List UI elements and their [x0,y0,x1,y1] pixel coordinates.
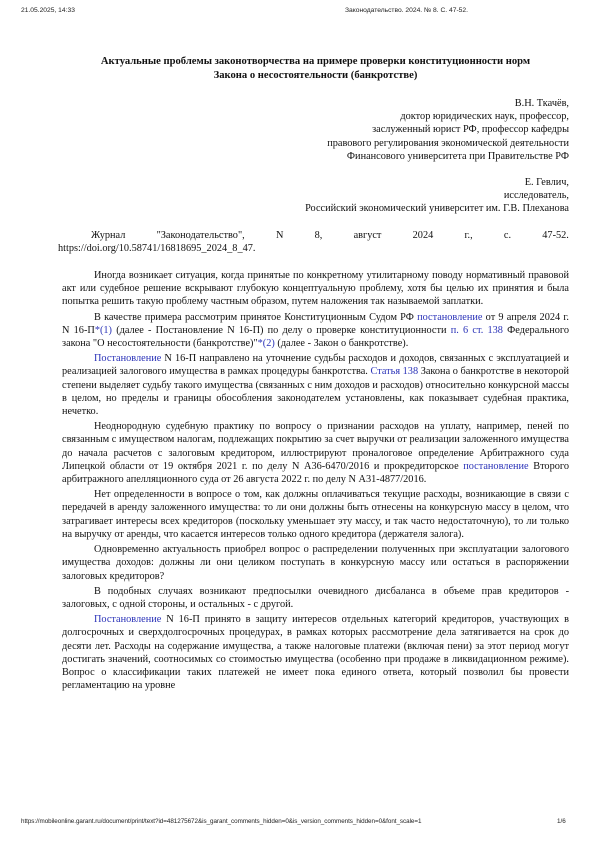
article-title-line: Закона о несостоятельности (банкротстве) [62,69,569,83]
citation-word: N [276,229,283,242]
text: (далее - Постановление N 16-П) по делу о… [112,325,451,336]
resolution-link[interactable]: постановление [417,312,482,323]
author-info: правового регулирования экономической де… [62,137,569,150]
footnote-1-link[interactable]: *(1) [95,325,112,336]
author-info: исследователь, [62,189,569,202]
citation-word: 2024 [413,229,434,242]
paragraph: Нет определенности в вопросе о том, как … [62,488,569,541]
paragraph: Иногда возникает ситуация, когда приняты… [62,269,569,309]
print-source: Законодательство. 2024. № 8. С. 47-52. [345,7,468,14]
resolution-link[interactable]: Постановление [94,353,161,364]
paragraph: Постановление N 16-П направлено на уточн… [62,352,569,418]
citation-word: "Законодательство", [157,229,245,242]
article-title: Актуальные проблемы законотворчества на … [62,55,569,83]
paragraph: В качестве примера рассмотрим принятое К… [62,311,569,351]
citation-word: август [354,229,382,242]
paragraph: Неоднородную судебную практику по вопрос… [62,420,569,486]
article-138-link[interactable]: Статья 138 [370,366,418,377]
resolution-link[interactable]: Постановление [94,614,161,625]
author-info: заслуженный юрист РФ, профессор кафедры [62,123,569,136]
footnote-2-link[interactable]: *(2) [258,338,275,349]
paragraph: Одновременно актуальность приобрел вопро… [62,543,569,583]
print-header: 21.05.2025, 14:33 Законодательство. 2024… [0,7,594,19]
paragraph: Постановление N 16-П принято в защиту ин… [62,613,569,692]
print-footer: https://mobileonline.garant.ru/document/… [0,818,594,830]
appeal-court-resolution-link[interactable]: постановление [463,461,528,472]
author-name: В.Н. Ткачёв, [62,97,569,110]
print-url: https://mobileonline.garant.ru/document/… [21,818,421,825]
citation-word: 8, [315,229,323,242]
author-1: В.Н. Ткачёв, доктор юридических наук, пр… [62,97,569,163]
author-info: доктор юридических наук, профессор, [62,110,569,123]
article-title-line: Актуальные проблемы законотворчества на … [62,55,569,69]
document-body: Актуальные проблемы законотворчества на … [62,55,569,694]
print-datetime: 21.05.2025, 14:33 [21,7,75,14]
citation-line: Журнал"Законодательство",N8,август2024г.… [62,229,569,242]
text: (далее - Закон о банкротстве). [275,338,408,349]
law-article-link[interactable]: п. 6 ст. 138 [451,325,503,336]
text: N 16-П принято в защиту интересов отдель… [62,614,569,691]
text: В качестве примера рассмотрим принятое К… [94,312,417,323]
citation-word: с. [504,229,511,242]
paragraph: В подобных случаях возникают предпосылки… [62,585,569,611]
author-name: Е. Гевлич, [62,176,569,189]
citation-word: Журнал [91,229,125,242]
citation-word: 47-52. [542,229,569,242]
author-info: Финансового университета при Правительст… [62,150,569,163]
author-2: Е. Гевлич, исследователь, Российский эко… [62,176,569,216]
page-number: 1/6 [557,818,566,825]
citation-doi: https://doi.org/10.58741/16818695_2024_8… [58,242,569,255]
citation: Журнал"Законодательство",N8,август2024г.… [62,229,569,255]
citation-word: г., [464,229,472,242]
author-info: Российский экономический университет им.… [62,202,569,215]
